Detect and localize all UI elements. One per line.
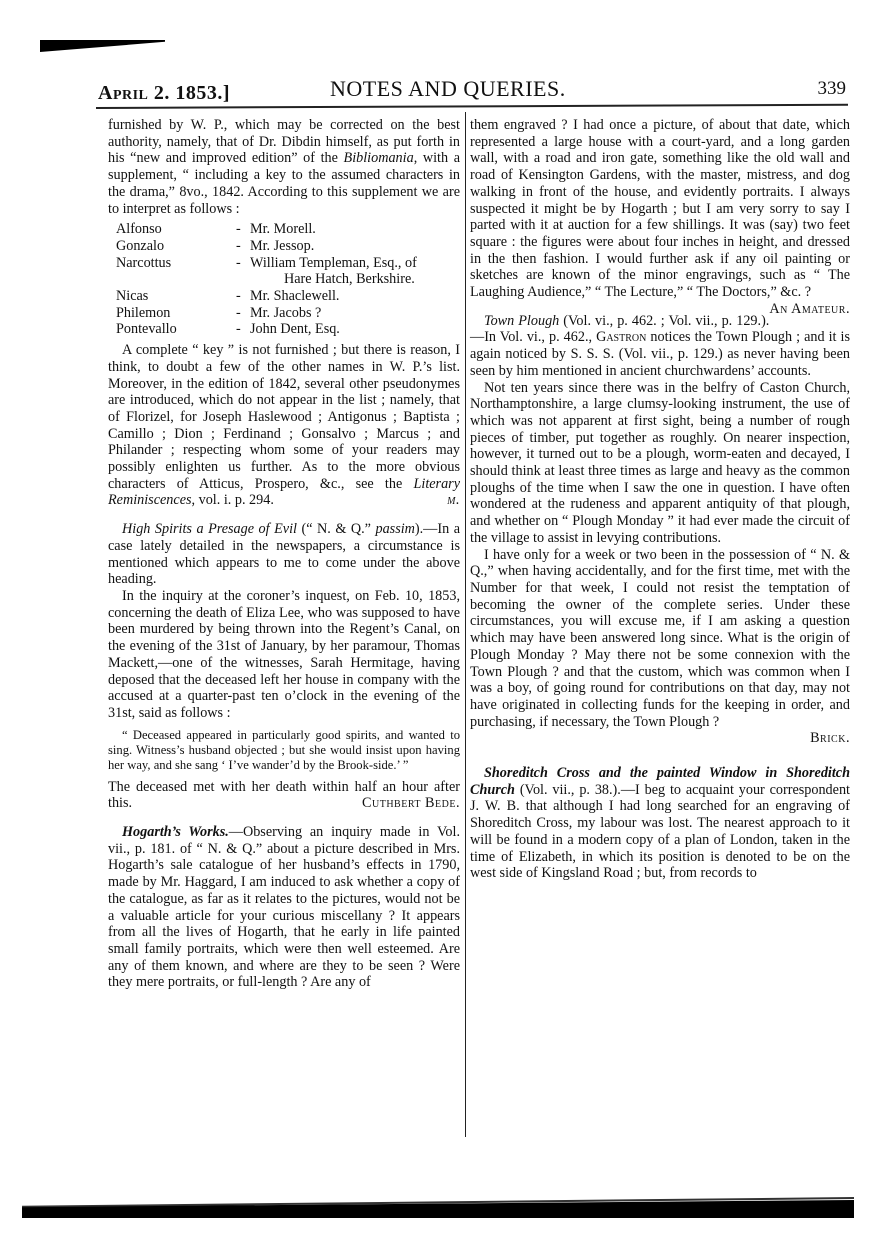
paragraph-caston-church: Not ten years since there was in the bel… <box>470 380 850 547</box>
paragraph-high-spirits: High Spirits a Presage of Evil (“ N. & Q… <box>108 521 460 588</box>
signature-mu: μ. <box>433 492 460 509</box>
signature-cuthbert-bede: Cuthbert Bede. <box>362 795 460 812</box>
right-column: them engraved ? I had once a picture, of… <box>470 117 850 882</box>
paragraph-hogarths-works: Hogarth’s Works.—Observing an inquiry ma… <box>108 824 460 991</box>
paragraph-plough-monday: I have only for a week or two been in th… <box>470 547 850 731</box>
paragraph-deceased: The deceased met with her death within h… <box>108 779 460 812</box>
decorative-top-bar <box>40 40 165 52</box>
key-row: Narcottus-William Templeman, Esq., of <box>116 255 460 272</box>
key-row: Nicas-Mr. Shaclewell. <box>116 288 460 305</box>
paragraph-complete-key: A complete “ key ” is not furnished ; bu… <box>108 342 460 509</box>
issue-date: April 2. 1853.] <box>98 82 230 105</box>
key-row-continuation: Hare Hatch, Berkshire. <box>116 271 460 288</box>
publication-title: NOTES AND QUERIES. <box>330 76 566 102</box>
paragraph-shoreditch-cross: Shoreditch Cross and the painted Window … <box>470 765 850 882</box>
signature-an-amateur: An Amateur. <box>769 301 850 318</box>
paragraph-town-plough: Town Plough (Vol. vi., p. 462. ; Vol. vi… <box>470 313 850 380</box>
key-row: Philemon-Mr. Jacobs ? <box>116 305 460 322</box>
key-row: Pontevallo-John Dent, Esq. <box>116 321 460 338</box>
article-title: High Spirits a Presage of Evil <box>122 521 297 537</box>
page-number: 339 <box>818 78 847 100</box>
character-key-list: Alfonso-Mr. Morell. Gonzalo-Mr. Jessop. … <box>116 221 460 338</box>
left-column: furnished by W. P., which may be correct… <box>108 117 460 991</box>
article-title: Town Plough <box>484 313 559 329</box>
paragraph-bibliomania: furnished by W. P., which may be correct… <box>108 117 460 217</box>
paragraph-engraved: them engraved ? I had once a picture, of… <box>470 117 850 301</box>
column-divider <box>465 112 466 1137</box>
paragraph-inquest: In the inquiry at the coroner’s inquest,… <box>108 588 460 722</box>
block-quote: “ Deceased appeared in particularly good… <box>108 728 460 773</box>
article-title: Hogarth’s Works. <box>122 824 229 840</box>
key-row: Gonzalo-Mr. Jessop. <box>116 238 460 255</box>
key-row: Alfonso-Mr. Morell. <box>116 221 460 238</box>
signature-brick: Brick. <box>470 730 850 747</box>
